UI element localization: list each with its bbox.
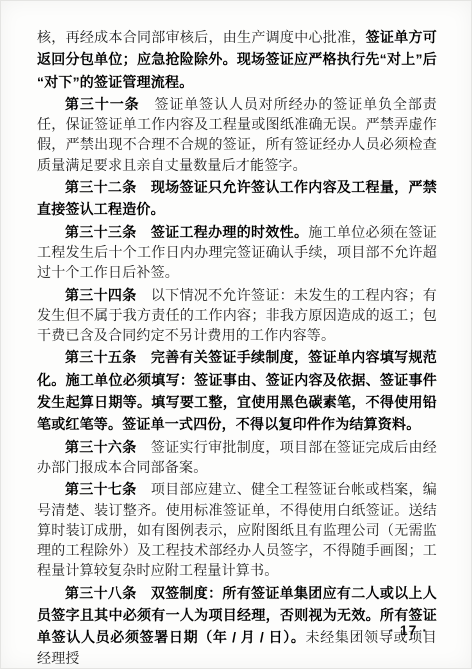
document-text: 核，再经成本合同部审核后，由生产调度中心批准，签证单方可返回分包单位；应急抢险除… (37, 27, 437, 669)
article-number: 第三十三条 (65, 224, 151, 240)
article-number: 第三十六条 (65, 439, 151, 455)
paragraph-article-31: 第三十一条 签证单签认人员对所经办的签证单负全部责任，保证签证单工作内容及工程量… (37, 94, 437, 177)
paragraph-continuation: 核，再经成本合同部审核后，由生产调度中心批准，签证单方可返回分包单位；应急抢险除… (37, 27, 437, 94)
paragraph-article-32: 第三十二条 现场签证只允许签认工作内容及工程量，严禁直接签认工程造价。 (37, 177, 437, 222)
paragraph-article-34: 第三十四条 以下情况不允许签证：未发生的工程内容；有发生但不属于我方责任的工作内… (37, 285, 437, 348)
page-number: · 17 · (389, 622, 428, 638)
paragraph-article-33: 第三十三条 签证工程办理的时效性。施工单位必须在签证工程发生后十个工作日内办理完… (37, 222, 437, 285)
article-number: 第三十二条 (65, 179, 151, 195)
document-page: 核，再经成本合同部审核后，由生产调度中心批准，签证单方可返回分包单位；应急抢险除… (0, 0, 472, 669)
article-number: 第三十八条 (65, 585, 151, 601)
article-number: 第三十一条 (65, 96, 154, 112)
article-number: 第三十七条 (65, 481, 151, 497)
paragraph-article-37: 第三十七条 项目部应建立、健全工程签证台帐或档案，编号清楚、装订整齐。使用标准签… (37, 479, 437, 582)
paragraph-article-38: 第三十八条 双签制度：所有签证单集团应有二人或以上人员签字且其中必须有一人为项目… (37, 583, 437, 669)
article-number: 第三十五条 (65, 349, 151, 365)
article-number: 第三十四条 (65, 287, 151, 303)
text-run: 核，再经成本合同部审核后，由生产调度中心批准， (37, 31, 366, 46)
paragraph-article-36: 第三十六条 签证实行审批制度，项目部在签证完成后由经办部门报成本合同部备案。 (37, 437, 437, 480)
paragraph-article-35: 第三十五条 完善有关签证手续制度，签证单内容填写规范化。施工单位必须填写：签证事… (37, 347, 437, 436)
text-run-emphasis: 签证工程办理的时效性。 (151, 224, 308, 240)
text-run: 项目部应建立、健全工程签证台帐或档案，编号清楚、装订整齐。使用标准签证单，不得使… (37, 483, 437, 579)
